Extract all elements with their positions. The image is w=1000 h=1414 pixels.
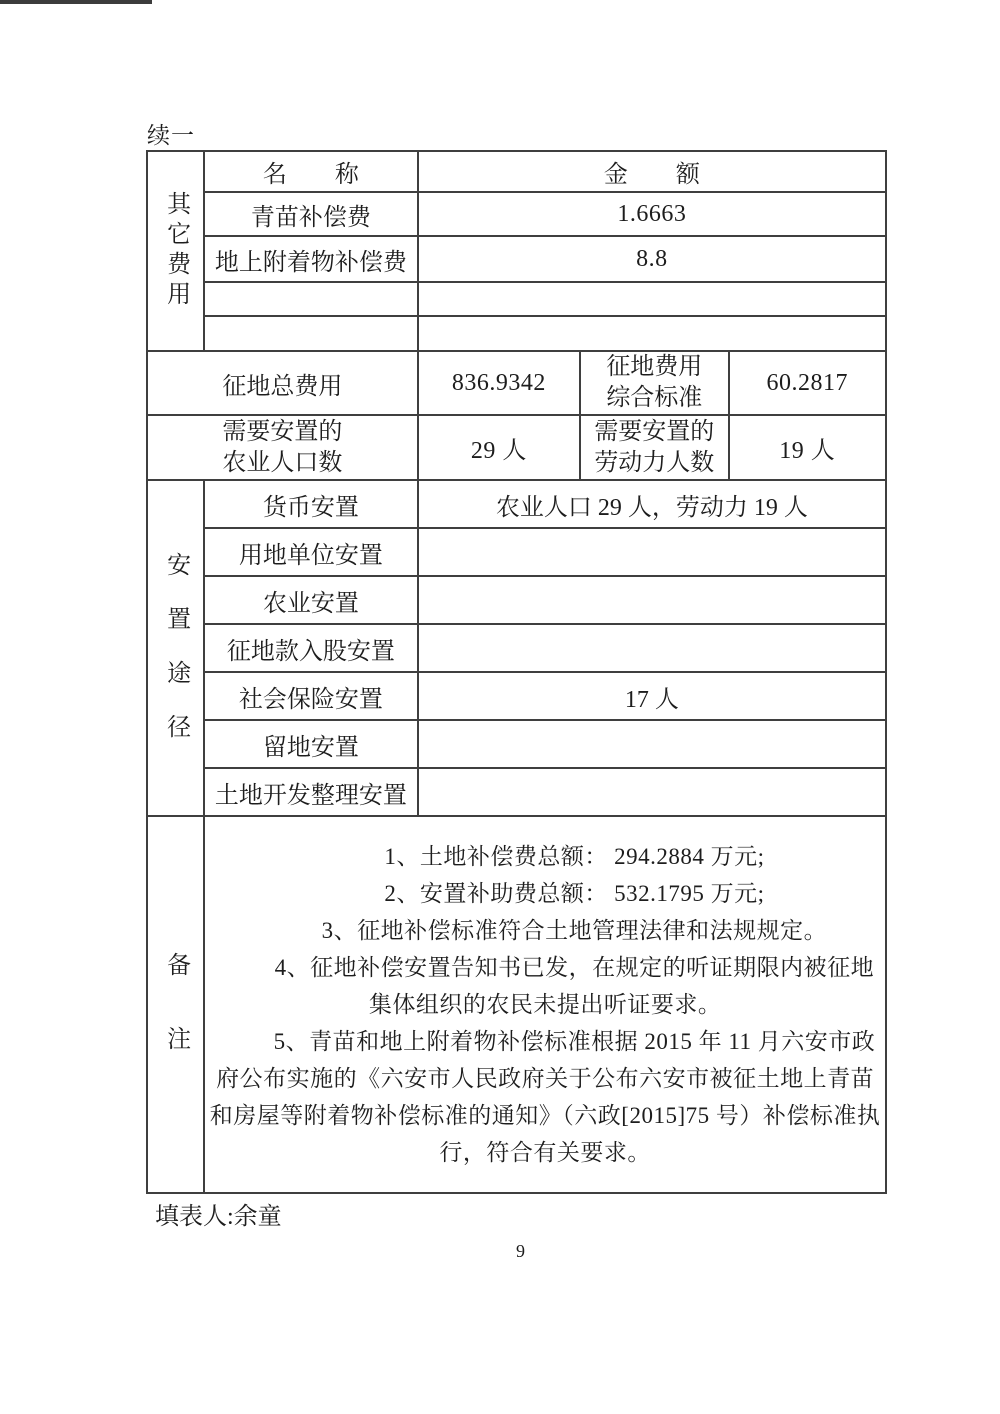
resettlement-type-cell: 货币安置 <box>204 480 418 528</box>
fee-name-cell: 青苗补偿费 <box>204 192 418 236</box>
resettlement-value-cell <box>418 768 886 816</box>
fee-amount-cell <box>418 282 886 316</box>
fee-name-cell <box>204 316 418 351</box>
table-row: 备注 1、土地补偿费总额： 294.2884 万元; 2、安置补助费总额： 53… <box>147 816 886 1193</box>
remark-item: 3、征地补偿标准符合土地管理法律和法规规定。 <box>209 912 881 949</box>
table-row <box>147 316 886 351</box>
resettlement-value-cell <box>418 624 886 672</box>
resettlement-value-cell <box>418 720 886 768</box>
table-row: 安置途径 货币安置 农业人口 29 人，劳动力 19 人 <box>147 480 886 528</box>
resettlement-type-cell: 用地单位安置 <box>204 528 418 576</box>
other-fees-section-label: 其它费用 <box>164 191 188 311</box>
resettlement-type-cell: 征地款入股安置 <box>204 624 418 672</box>
resettlement-section-label-cell: 安置途径 <box>147 480 204 816</box>
remarks-content-cell: 1、土地补偿费总额： 294.2884 万元; 2、安置补助费总额： 532.1… <box>204 816 886 1193</box>
remarks-section-label-cell: 备注 <box>147 816 204 1193</box>
compensation-form-table: 其它费用 名 称 金 额 青苗补偿费 1.6663 地上附着物补偿费 8.8 征… <box>146 150 887 1194</box>
fee-amount-cell <box>418 316 886 351</box>
resettlement-value-cell <box>418 576 886 624</box>
remark-item: 4、征地补偿安置告知书已发，在规定的听证期限内被征地集体组织的农民未提出听证要求… <box>209 949 881 1023</box>
table-row: 征地款入股安置 <box>147 624 886 672</box>
table-row: 其它费用 名 称 金 额 <box>147 151 886 192</box>
resettlement-value-cell: 17 人 <box>418 672 886 720</box>
page-number: 9 <box>516 1241 525 1262</box>
resettlement-type-cell: 土地开发整理安置 <box>204 768 418 816</box>
resettlement-type-cell: 社会保险安置 <box>204 672 418 720</box>
table-row: 地上附着物补偿费 8.8 <box>147 236 886 282</box>
table-row <box>147 282 886 316</box>
table-row: 征地总费用 836.9342 征地费用 综合标准 60.2817 <box>147 351 886 415</box>
continuation-label: 续一 <box>147 117 195 150</box>
form-filler-name: 填表人:余童 <box>155 1196 282 1231</box>
name-header-cell: 名 称 <box>204 151 418 192</box>
scan-edge-artifact <box>0 0 152 4</box>
labor-count-value-cell: 19 人 <box>729 415 886 480</box>
resettlement-value-cell: 农业人口 29 人，劳动力 19 人 <box>418 480 886 528</box>
comprehensive-standard-label-cell: 征地费用 综合标准 <box>580 351 728 415</box>
comprehensive-standard-value-cell: 60.2817 <box>729 351 886 415</box>
table-row: 土地开发整理安置 <box>147 768 886 816</box>
amount-header-cell: 金 额 <box>418 151 886 192</box>
total-cost-value-cell: 836.9342 <box>418 351 580 415</box>
resettlement-type-cell: 农业安置 <box>204 576 418 624</box>
other-fees-section-label-cell: 其它费用 <box>147 151 204 351</box>
fee-name-cell: 地上附着物补偿费 <box>204 236 418 282</box>
agri-population-label-cell: 需要安置的 农业人口数 <box>147 415 418 480</box>
resettlement-value-cell <box>418 528 886 576</box>
table-row: 用地单位安置 <box>147 528 886 576</box>
table-row: 需要安置的 农业人口数 29 人 需要安置的 劳动力人数 19 人 <box>147 415 886 480</box>
remark-item: 5、青苗和地上附着物补偿标准根据 2015 年 11 月六安市政府公布实施的《六… <box>209 1023 881 1171</box>
total-cost-label-cell: 征地总费用 <box>147 351 418 415</box>
fee-amount-cell: 1.6663 <box>418 192 886 236</box>
remark-item: 2、安置补助费总额： 532.1795 万元; <box>209 875 881 912</box>
resettlement-section-label: 安置途径 <box>164 552 188 768</box>
table-row: 青苗补偿费 1.6663 <box>147 192 886 236</box>
remark-item: 1、土地补偿费总额： 294.2884 万元; <box>209 838 881 875</box>
fee-amount-cell: 8.8 <box>418 236 886 282</box>
table-row: 社会保险安置 17 人 <box>147 672 886 720</box>
labor-count-label-cell: 需要安置的 劳动力人数 <box>580 415 728 480</box>
table-row: 农业安置 <box>147 576 886 624</box>
agri-population-value-cell: 29 人 <box>418 415 580 480</box>
fee-name-cell <box>204 282 418 316</box>
resettlement-type-cell: 留地安置 <box>204 720 418 768</box>
remarks-section-label: 备注 <box>164 952 188 1100</box>
table-row: 留地安置 <box>147 720 886 768</box>
